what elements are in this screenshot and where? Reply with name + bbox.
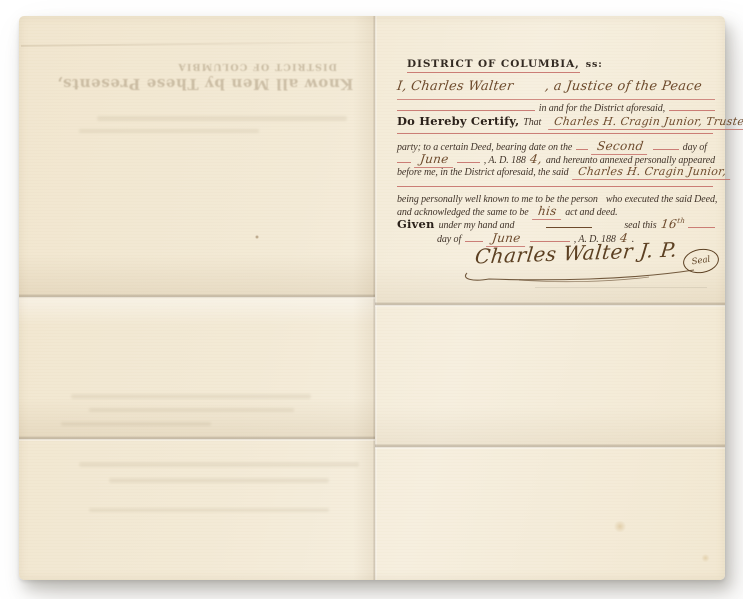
fold-shading: [19, 299, 375, 325]
ruled-line: [465, 232, 483, 242]
day-number: 16: [660, 217, 678, 231]
date-day-of-text: day of: [437, 234, 461, 245]
that-text: That: [523, 117, 541, 128]
given-label: Given: [397, 217, 435, 231]
district-heading: DISTRICT OF COLUMBIA,ss:: [407, 58, 603, 70]
ruled-line: [397, 153, 411, 163]
certify-line: Do Hereby Certify, That Charles H. Cragi…: [397, 114, 715, 130]
paper-stain: [613, 521, 627, 532]
year-digit-handwritten: 4,: [529, 152, 543, 166]
fold-shading: [19, 254, 375, 294]
given-line: Given under my hand and seal this 16th: [397, 217, 715, 231]
ruled-line: [397, 101, 535, 111]
day-number-handwritten: 16th: [660, 217, 686, 231]
day-suffix: th: [676, 217, 685, 225]
ruled-line: [669, 101, 715, 111]
showthrough-mark: [71, 394, 311, 399]
faint-rule-under-signature: [535, 287, 707, 288]
horizontal-fold-line: [375, 444, 725, 449]
showthrough-mark: [89, 408, 294, 412]
red-rule: [397, 133, 713, 134]
ink-speck: [255, 235, 259, 239]
ink-dash: [546, 219, 592, 228]
before-me-line: before me, in the District aforesaid, th…: [397, 165, 715, 180]
grantor-name-2-handwritten: Charles H. Cragin Junior,: [572, 165, 732, 180]
before-me-text: before me, in the District aforesaid, th…: [397, 167, 569, 178]
justice-name-handwritten: Charles Walter: [410, 79, 514, 94]
horizontal-fold-line: [19, 436, 375, 441]
ruled-line: [457, 153, 480, 163]
red-rule: [397, 186, 713, 187]
fold-shading: [375, 406, 725, 444]
ruled-line: [576, 140, 588, 150]
showthrough-mark: [79, 129, 259, 133]
showthrough-district-heading: DISTRICT OF COLUMBIA: [195, 61, 337, 72]
showthrough-mark: [97, 116, 347, 121]
horizontal-fold-line: [375, 302, 725, 307]
showthrough-mark: [109, 478, 329, 483]
ruled-line: [653, 140, 679, 150]
seal-this-text: seal this: [624, 220, 656, 231]
do-hereby-certify-label: Do Hereby Certify,: [397, 114, 519, 128]
ruled-line: [688, 218, 715, 228]
heading-ss-abbrev: ss:: [586, 59, 603, 70]
district-aforesaid-line: in and for the District aforesaid,: [397, 101, 715, 114]
showthrough-mark: [89, 508, 329, 512]
document-paper: DISTRICT OF COLUMBIA Know all Men by The…: [19, 16, 725, 580]
justice-title-handwritten: , a Justice of the Peace: [544, 79, 703, 94]
seal-word: Seal: [691, 255, 711, 268]
top-crease: [21, 41, 373, 47]
showthrough-mark: [79, 462, 359, 467]
district-aforesaid-text: in and for the District aforesaid,: [539, 103, 665, 114]
horizontal-fold-line: [19, 294, 375, 299]
signature-flourish: [459, 267, 709, 283]
district-heading-text: DISTRICT OF COLUMBIA,: [407, 58, 580, 73]
showthrough-know-all-men: Know all Men by These Presents,: [55, 75, 355, 93]
printed-i: I,: [396, 79, 408, 94]
given-text: under my hand and: [439, 220, 515, 231]
photo-of-folded-deed-certificate: DISTRICT OF COLUMBIA Know all Men by The…: [0, 0, 743, 599]
showthrough-mark: [61, 422, 211, 426]
justice-line: I, Charles Walter , a Justice of the Pea…: [397, 79, 715, 100]
fold-shading: [19, 398, 375, 436]
grantor-name-handwritten: Charles H. Cragin Junior, Trustee,: [548, 115, 743, 130]
paper-stain: [701, 554, 710, 562]
